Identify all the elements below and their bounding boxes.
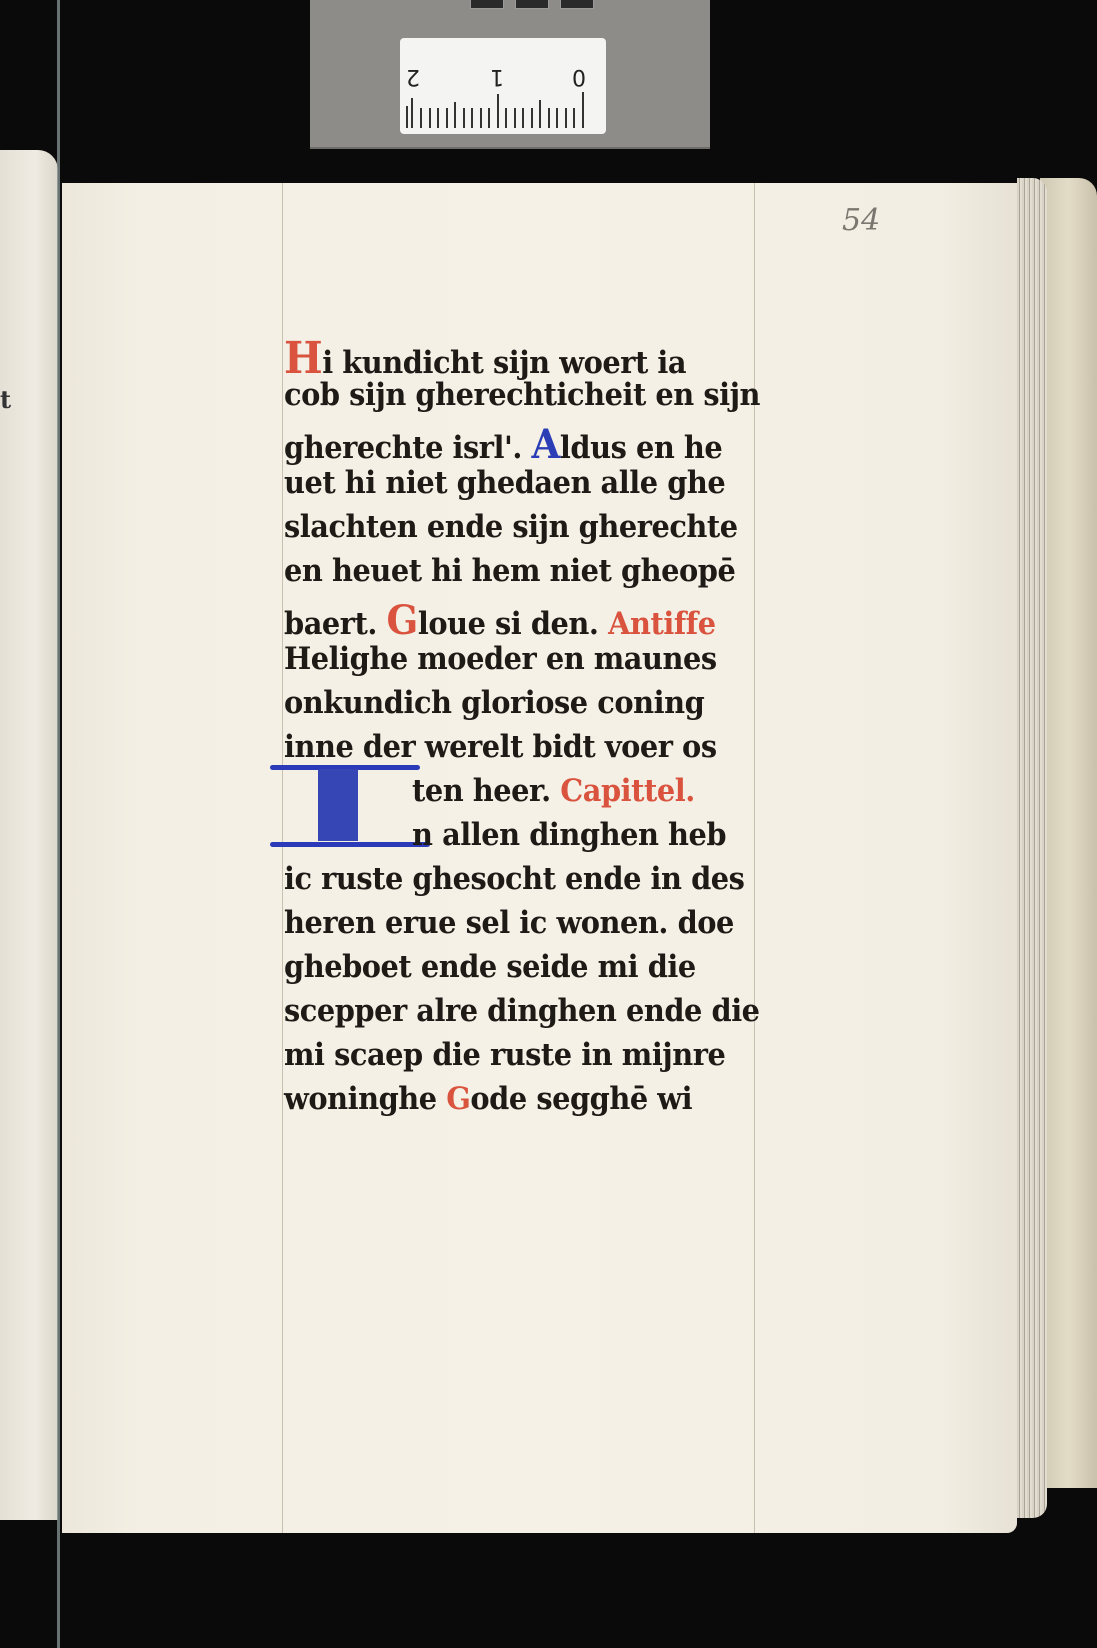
centimeter-ruler: 2 1 0 — [400, 38, 606, 134]
page-block-fore-edge — [1017, 178, 1047, 1518]
text-line: woninghe Gode segghē wi — [284, 1081, 692, 1123]
color-scale-card: 2 1 0 — [310, 0, 710, 149]
red-initial-G: G — [446, 1081, 470, 1117]
card-clip — [470, 0, 504, 9]
manuscript-page: 54 Hi kundicht sijn woert ia cob sijn gh… — [62, 183, 1017, 1533]
text-line: onkundich gloriose coning — [284, 685, 704, 727]
blue-initial-A: A — [532, 421, 560, 468]
text-line: gherechte isrl'. Aldus en he — [284, 421, 722, 463]
red-initial-G: G — [387, 597, 418, 644]
ruler-label: 1 — [490, 64, 504, 89]
ruler-label: 2 — [406, 64, 420, 89]
rubric-antiffe: Antiffe — [608, 606, 716, 642]
text-line: heren erue sel ic wonen. doe — [284, 905, 734, 947]
folio-number: 54 — [842, 203, 880, 238]
text-line: scepper alre dinghen ende die — [284, 993, 760, 1035]
ruler-ticks — [406, 92, 598, 128]
left-facing-page: t — [0, 150, 58, 1520]
text-line: ten heer. Capittel. — [412, 773, 695, 815]
glass-plate-edge — [57, 0, 60, 1648]
text-line: n allen dinghen heb — [412, 817, 726, 859]
text-line: cob sijn gherechticheit en sijn — [284, 377, 760, 419]
card-clip — [515, 0, 549, 9]
text-line: baert. Gloue si den. Antiffe — [284, 597, 716, 639]
text-line: Hi kundicht sijn woert ia — [284, 333, 686, 375]
ruling-line-vertical — [282, 183, 283, 1533]
rubric-capittel: Capittel. — [560, 773, 695, 809]
text-line: slachten ende sijn gherechte — [284, 509, 738, 551]
card-clip — [560, 0, 594, 9]
blue-initial-I — [270, 765, 420, 847]
text-line: gheboet ende seide mi die — [284, 949, 696, 991]
text-line: Helighe moeder en maunes — [284, 641, 717, 683]
text-line: uet hi niet ghedaen alle ghe — [284, 465, 725, 507]
text-line: mi scaep die ruste in mijnre — [284, 1037, 725, 1079]
vellum-binding — [1040, 178, 1097, 1488]
text-line: en heuet hi hem niet gheopē — [284, 553, 735, 595]
ruler-label: 0 — [572, 64, 586, 89]
text-line: ic ruste ghesocht ende in des — [284, 861, 744, 903]
left-page-text-fragment: t — [0, 385, 11, 414]
